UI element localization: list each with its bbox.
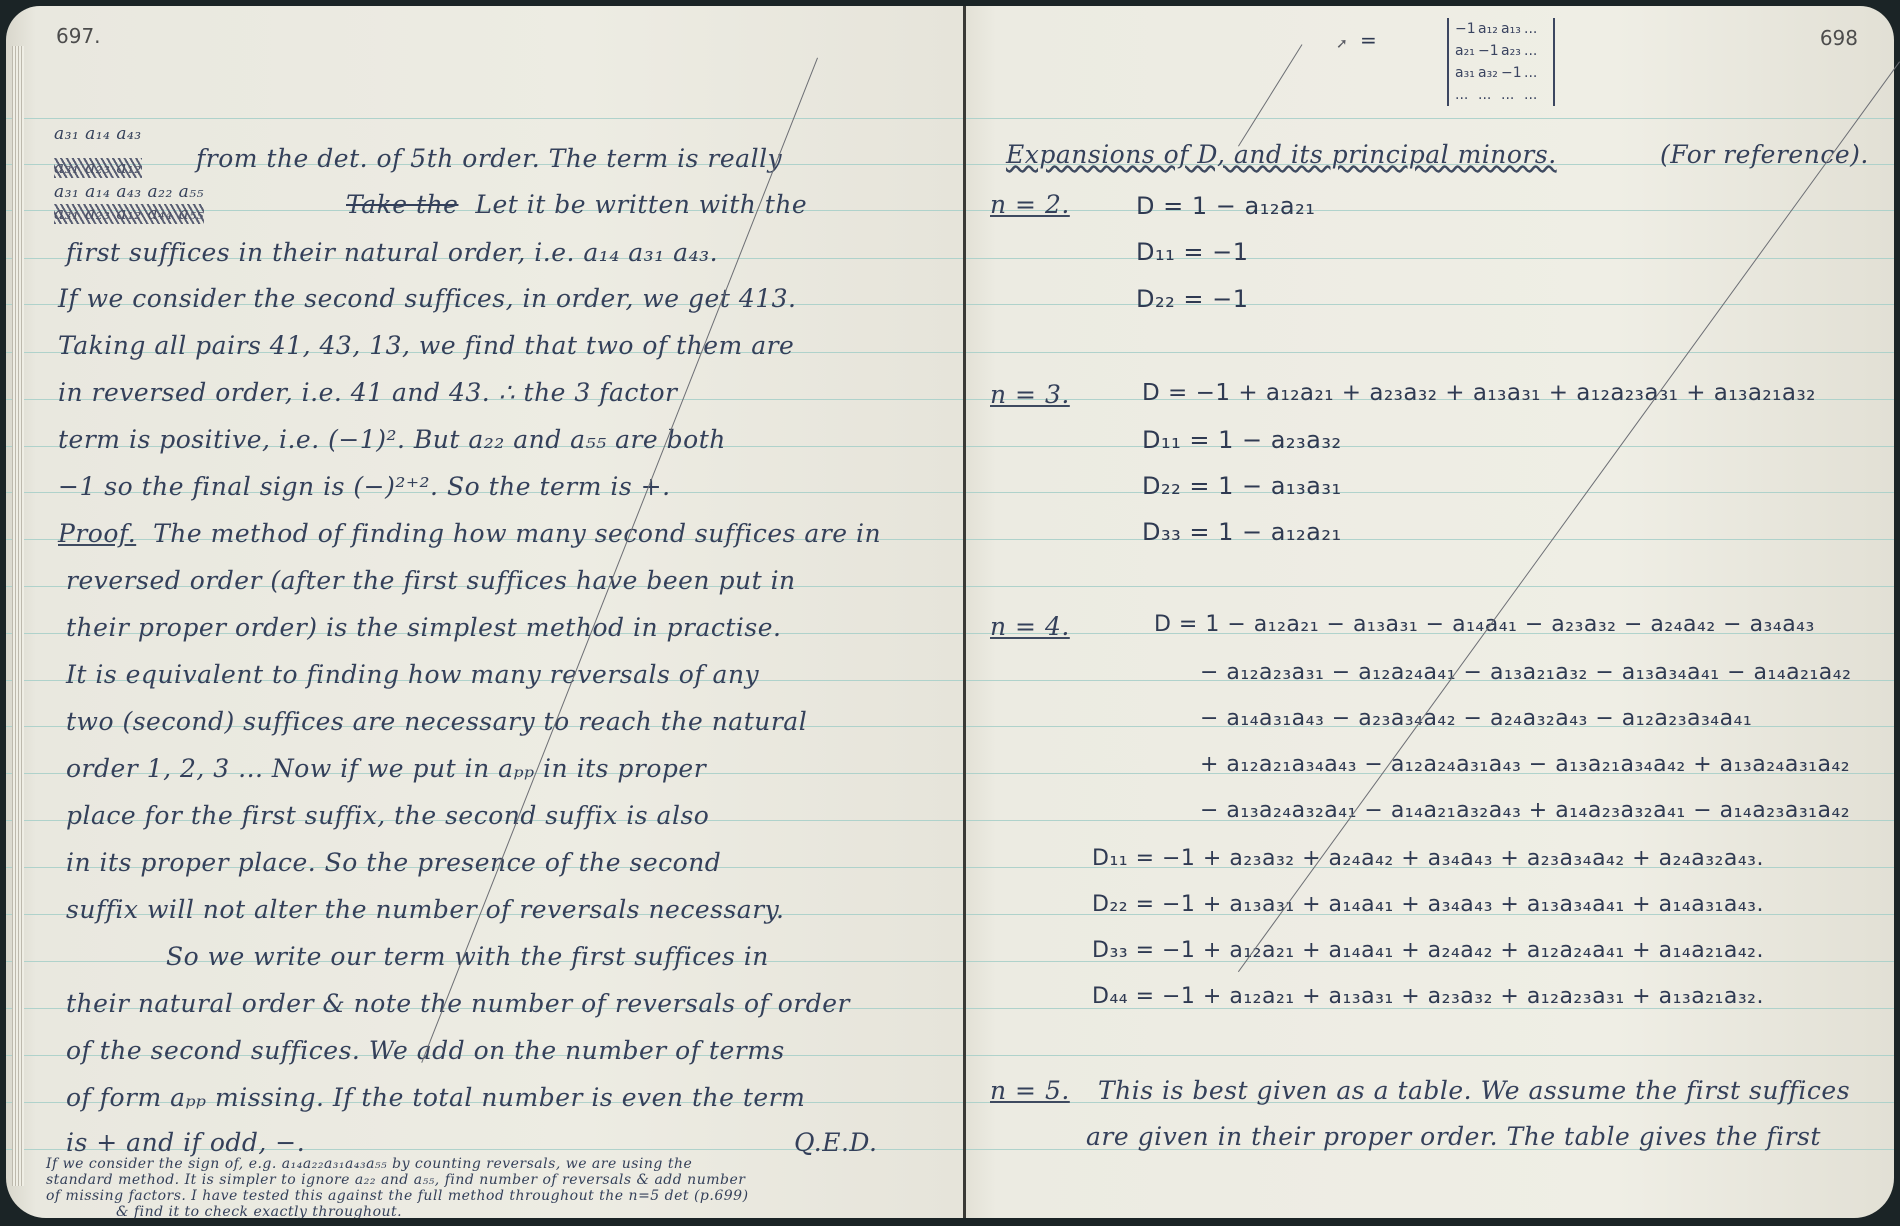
text-line: their natural order & note the number of… — [66, 989, 850, 1018]
text-line: order 1, 2, 3 ... Now if we put in aₚₚ i… — [66, 754, 706, 783]
equation: D₃₃ = −1 + a₁₂a₂₁ + a₁₄a₄₁ + a₂₄a₄₂ + a₁… — [1092, 938, 1764, 963]
text-line: two (second) suffices are necessary to r… — [66, 707, 807, 736]
text-line: place for the first suffix, the second s… — [66, 801, 709, 830]
equation: − a₁₄a₃₁a₄₃ − a₂₃a₃₄a₄₂ − a₂₄a₃₂a₄₃ − a₁… — [1200, 706, 1752, 731]
text-line: Taking all pairs 41, 43, 13, we find tha… — [58, 331, 794, 360]
page-heading: Expansions of D, and its principal minor… — [1006, 140, 1557, 169]
equation: D₁₁ = −1 + a₂₃a₃₂ + a₂₄a₄₂ + a₃₄a₄₃ + a₂… — [1092, 846, 1764, 871]
equation: − a₁₃a₂₄a₃₂a₄₁ − a₁₄a₂₁a₃₂a₄₃ + a₁₄a₂₃a₃… — [1200, 798, 1850, 823]
section-label-n5: n = 5. — [990, 1076, 1070, 1105]
text-line: of form aₚₚ missing. If the total number… — [66, 1083, 805, 1112]
margin-note-crossed: a₃₁ a₂₃ a₁₂ — [54, 158, 142, 178]
equation: D₄₄ = −1 + a₁₂a₂₁ + a₁₃a₃₁ + a₂₃a₃₂ + a₁… — [1092, 984, 1764, 1009]
text-line: in its proper place. So the presence of … — [66, 848, 721, 877]
determinant-matrix: −1a₁₂a₁₃... a₂₁−1a₂₃... a₃₁a₃₂−1... ....… — [1447, 18, 1555, 106]
margin-note: a₃₁ a₁₄ a₄₃ — [54, 124, 142, 144]
equation: D₂₂ = −1 — [1136, 285, 1248, 313]
text-line: from the det. of 5th order. The term is … — [196, 144, 782, 173]
equation: D₁₁ = 1 − a₂₃a₃₂ — [1142, 426, 1342, 454]
text-line: Take the Let it be written with the — [346, 190, 807, 219]
page-number: 697. — [56, 24, 101, 48]
text-line: This is best given as a table. We assume… — [1098, 1076, 1850, 1105]
page-edges — [12, 46, 24, 1186]
text-line: If we consider the second suffices, in o… — [58, 284, 797, 313]
text-line: in reversed order, i.e. 41 and 43. ∴ the… — [58, 378, 677, 407]
proof-label: Proof. — [58, 519, 136, 548]
section-label-n2: n = 2. — [990, 190, 1070, 219]
matrix-equals: = — [1360, 28, 1377, 52]
equation: + a₁₂a₂₁a₃₄a₄₃ − a₁₂a₂₄a₃₁a₄₃ − a₁₃a₂₁a₃… — [1200, 752, 1850, 777]
text-line: term is positive, i.e. (−1)². But a₂₂ an… — [58, 425, 726, 454]
margin-note: a₃₁ a₁₄ a₄₃ a₂₂ a₅₅ — [54, 182, 204, 202]
page-number: 698 — [1820, 26, 1858, 50]
equation: D₁₁ = −1 — [1136, 238, 1248, 266]
text-line: is + and if odd, −. — [66, 1128, 305, 1157]
section-label-n4: n = 4. — [990, 612, 1070, 641]
text-line: It is equivalent to finding how many rev… — [66, 660, 759, 689]
text-line: Proof. The method of finding how many se… — [58, 519, 881, 548]
text-line: suffix will not alter the number of reve… — [66, 895, 784, 924]
equation: − a₁₂a₂₃a₃₁ − a₁₂a₂₄a₄₁ − a₁₃a₂₁a₃₂ − a₁… — [1200, 660, 1851, 685]
equation: D₂₂ = 1 − a₁₃a₃₁ — [1142, 472, 1342, 500]
text-line: their proper order) is the simplest meth… — [66, 613, 781, 642]
equation: D₂₂ = −1 + a₁₃a₃₁ + a₁₄a₄₁ + a₃₄a₄₃ + a₁… — [1092, 892, 1764, 917]
section-label-n3: n = 3. — [990, 380, 1070, 409]
text-line: are given in their proper order. The tab… — [1086, 1122, 1821, 1151]
margin-note-crossed: a₃₁ a₂₃ a₁₂ a₄₄ a₅₅ — [54, 204, 204, 224]
text-line: −1 so the final sign is (−)²⁺². So the t… — [58, 472, 671, 501]
equation: D = −1 + a₁₂a₂₁ + a₂₃a₃₂ + a₁₃a₃₁ + a₁₂a… — [1142, 380, 1816, 406]
text-line: reversed order (after the first suffices… — [66, 566, 796, 595]
equation: D₃₃ = 1 − a₁₂a₂₁ — [1142, 518, 1342, 546]
left-page: 697. a₃₁ a₁₄ a₄₃ a₃₁ a₂₃ a₁₂ a₃₁ a₁₄ a₄₃… — [6, 6, 966, 1218]
arrow-head-icon: ➚ — [1336, 36, 1348, 52]
qed: Q.E.D. — [794, 1128, 878, 1157]
text-line: first suffices in their natural order, i… — [66, 238, 718, 267]
equation: D = 1 − a₁₂a₂₁ — [1136, 192, 1315, 220]
footnote: If we consider the sign of, e.g. a₁₄a₂₂a… — [46, 1156, 749, 1218]
